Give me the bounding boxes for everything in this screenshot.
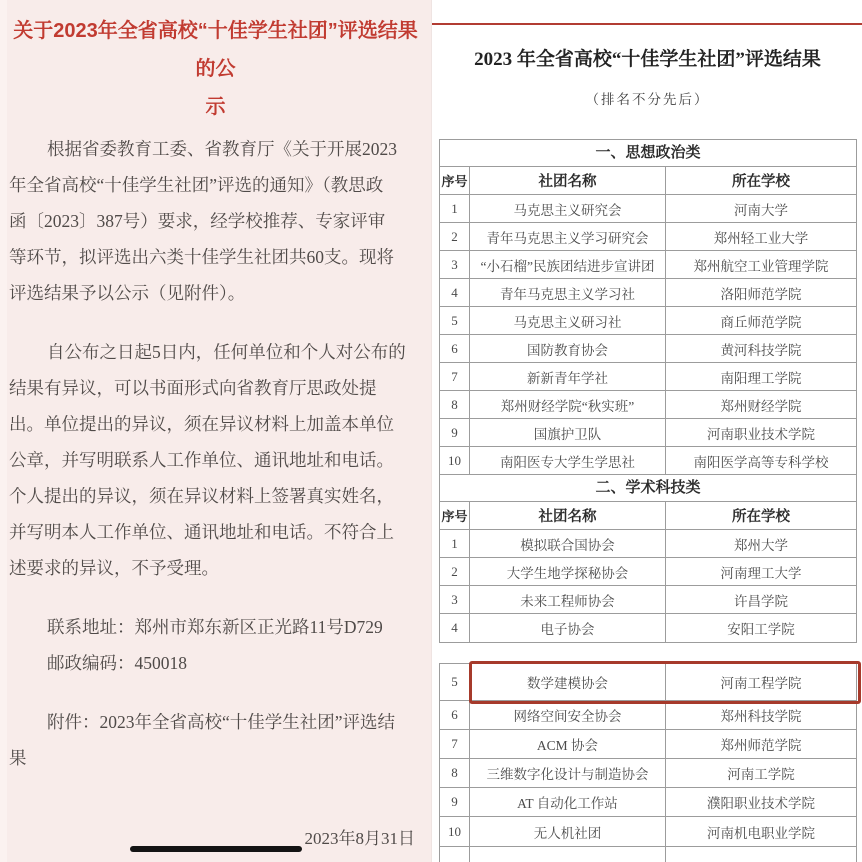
table-cell: 2 [440,558,470,585]
table-row: 10无人机社团河南机电职业学院 [440,817,856,846]
table-row: 1模拟联合国协会郑州大学 [440,530,856,558]
text-line: 关于2023年全省高校“十佳学生社团”评选结果的公 [6,12,425,88]
table-cell: 1 [440,530,470,557]
table-cell: 郑州航空工业管理学院 [666,255,856,275]
text-line: 结果有异议，可以书面形式向省教育厅思政处提 [9,370,425,406]
table-cell: 马克思主义研究会 [470,195,666,222]
table-cell: 模拟联合国协会 [470,530,666,557]
table-cell: 三维数字化设计与制造协会 [470,759,666,787]
table-cell: 9 [440,788,470,816]
results-subtitle: （排名不分先后） [432,88,862,108]
table-row: 7新新青年学社南阳理工学院 [440,363,856,391]
text-line: 根据省委教育工委、省教育厅《关于开展2023 [9,131,425,167]
table-cell: 序号 [440,502,470,529]
section-title-row: 二、学术科技类 [440,475,856,502]
text-line: 公章，并写明联系人工作单位、通讯地址和电话。 [9,442,425,478]
table-cell: ACM 协会 [470,730,666,758]
table-cell: 郑州财经学院 [666,395,856,415]
text-line: 邮政编码：450018 [9,645,425,681]
table-header-row: 序号社团名称所在学校 [440,502,856,530]
announcement-page: 关于2023年全省高校“十佳学生社团”评选结果的公示 根据省委教育工委、省教育厅… [0,0,431,862]
table-cell: 青年马克思主义学习社 [470,279,666,306]
document-scan: 关于2023年全省高校“十佳学生社团”评选结果的公示 根据省委教育工委、省教育厅… [0,0,862,862]
table-row: 9AT 自动化工作站濮阳职业技术学院 [440,788,856,817]
table-row: 3“小石榴”民族团结进步宣讲团郑州航空工业管理学院 [440,251,856,279]
table-cell: 10 [440,447,470,474]
table-row: 6国防教育协会黄河科技学院 [440,335,856,363]
announcement-date: 2023年8月31日 [305,824,416,849]
table-cell: 5 [440,664,470,700]
announcement-title: 关于2023年全省高校“十佳学生社团”评选结果的公示 [6,12,425,126]
results-page: 2023 年全省高校“十佳学生社团”评选结果 （排名不分先后） 一、思想政治类序… [431,0,862,862]
table-cell: 许昌学院 [666,590,856,610]
top-rule [432,23,862,25]
table-cell: 社团名称 [470,167,666,194]
table-cell: 国防教育协会 [470,335,666,362]
table-cell: 河南大学 [666,199,856,219]
results-table-part2: 5数学建模协会河南工程学院6网络空间安全协会郑州科技学院7ACM 协会郑州师范学… [439,663,857,847]
table-continuation-stub [439,845,857,862]
text-line: 出。单位提出的异议，须在异议材料上加盖本单位 [9,406,425,442]
table-cell: 2 [440,223,470,250]
table-cell: 河南机电职业学院 [666,822,856,842]
table-cell: 黄河科技学院 [666,339,856,359]
text-line: 果 [9,740,425,776]
table-cell: 商丘师范学院 [666,311,856,331]
table-header-row: 序号社团名称所在学校 [440,167,856,195]
table-row: 4青年马克思主义学习社洛阳师范学院 [440,279,856,307]
text-line: 述要求的异议，不予受理。 [9,550,425,586]
table-cell: 郑州财经学院“秋实班” [470,391,666,418]
table-cell: 序号 [440,167,470,194]
paragraph-objection: 自公布之日起5日内，任何单位和个人对公布的结果有异议，可以书面形式向省教育厅思政… [9,334,425,586]
table-cell: 7 [440,730,470,758]
table-cell: 新新青年学社 [470,363,666,390]
table-cell: 3 [440,586,470,613]
attachment-note: 附件：2023年全省高校“十佳学生社团”评选结果 [9,704,425,776]
table-cell: 3 [440,251,470,278]
table-cell: 所在学校 [666,505,856,526]
table-cell: 濮阳职业技术学院 [666,792,856,812]
table-cell: 4 [440,614,470,642]
redaction-bar [130,846,302,852]
table-cell: 大学生地学探秘协会 [470,558,666,585]
table-cell: 7 [440,363,470,390]
table-row: 3未来工程师协会许昌学院 [440,586,856,614]
table-cell: 未来工程师协会 [470,586,666,613]
results-table-part1: 一、思想政治类序号社团名称所在学校1马克思主义研究会河南大学2青年马克思主义学习… [439,139,857,643]
table-cell: 无人机社团 [470,817,666,846]
text-line: 自公布之日起5日内，任何单位和个人对公布的 [9,334,425,370]
table-row: 10南阳医专大学生学思社南阳医学高等专科学校 [440,447,856,475]
table-cell: 郑州轻工业大学 [666,227,856,247]
table-cell: 青年马克思主义学习研究会 [470,223,666,250]
announcement-body: 根据省委教育工委、省教育厅《关于开展2023年全省高校“十佳学生社团”评选的通知… [9,131,425,776]
table-cell: 河南职业技术学院 [666,423,856,443]
table-cell: 马克思主义研习社 [470,307,666,334]
section-title-row: 一、思想政治类 [440,140,856,167]
text-line: 示 [6,88,425,126]
page-edge [0,0,7,862]
table-cell: 5 [440,307,470,334]
table-cell: AT 自动化工作站 [470,788,666,816]
table-row: 2青年马克思主义学习研究会郑州轻工业大学 [440,223,856,251]
table-cell: “小石榴”民族团结进步宣讲团 [470,251,666,278]
table-row: 1马克思主义研究会河南大学 [440,195,856,223]
table-cell: 1 [440,195,470,222]
table-cell: 南阳医学高等专科学校 [666,451,856,471]
table-cell: 8 [440,391,470,418]
table-row: 2大学生地学探秘协会河南理工大学 [440,558,856,586]
table-cell: 8 [440,759,470,787]
table-cell: 南阳医专大学生学思社 [470,447,666,474]
table-cell: 电子协会 [470,614,666,642]
table-cell: 数学建模协会 [470,664,666,700]
table-cell: 河南工学院 [666,763,856,783]
table-cell: 网络空间安全协会 [470,701,666,729]
table-cell: 国旗护卫队 [470,419,666,446]
table-cell: 河南理工大学 [666,562,856,582]
paragraph-basis: 根据省委教育工委、省教育厅《关于开展2023年全省高校“十佳学生社团”评选的通知… [9,131,425,311]
table-cell: 社团名称 [470,502,666,529]
table-cell: 6 [440,335,470,362]
table-row: 8郑州财经学院“秋实班”郑州财经学院 [440,391,856,419]
table-row: 8三维数字化设计与制造协会河南工学院 [440,759,856,788]
table-cell: 9 [440,419,470,446]
text-line: 函〔2023〕387号）要求，经学校推荐、专家评审 [9,203,425,239]
stub-col-name [470,845,666,862]
text-line: 年全省高校“十佳学生社团”评选的通知》（教思政 [9,167,425,203]
contact-info: 联系地址：郑州市郑东新区正光路11号D729邮政编码：450018 [9,609,425,681]
table-cell: 郑州师范学院 [666,734,856,754]
table-row: 7ACM 协会郑州师范学院 [440,730,856,759]
text-line: 等环节，拟评选出六类十佳学生社团共60支。现将 [9,239,425,275]
results-title: 2023 年全省高校“十佳学生社团”评选结果 [432,46,862,74]
table-cell: 南阳理工学院 [666,367,856,387]
text-line: 联系地址：郑州市郑东新区正光路11号D729 [9,609,425,645]
table-cell: 郑州科技学院 [666,705,856,725]
text-line: 个人提出的异议，须在异议材料上签署真实姓名， [9,478,425,514]
table-row: 9国旗护卫队河南职业技术学院 [440,419,856,447]
table-row: 6网络空间安全协会郑州科技学院 [440,701,856,730]
table-cell: 6 [440,701,470,729]
text-line: 评选结果予以公示（见附件）。 [9,275,425,311]
table-row: 4电子协会安阳工学院 [440,614,856,642]
table-cell: 河南工程学院 [666,672,856,692]
table-cell: 4 [440,279,470,306]
table-cell: 安阳工学院 [666,618,856,638]
text-line: 并写明本人工作单位、通讯地址和电话。不符合上 [9,514,425,550]
table-row: 5数学建模协会河南工程学院 [440,664,856,701]
table-cell: 所在学校 [666,170,856,191]
table-cell: 10 [440,817,470,846]
stub-col-index [440,845,470,862]
table-cell: 郑州大学 [666,534,856,554]
text-line: 附件：2023年全省高校“十佳学生社团”评选结 [9,704,425,740]
table-row: 5马克思主义研习社商丘师范学院 [440,307,856,335]
table-cell: 洛阳师范学院 [666,283,856,303]
